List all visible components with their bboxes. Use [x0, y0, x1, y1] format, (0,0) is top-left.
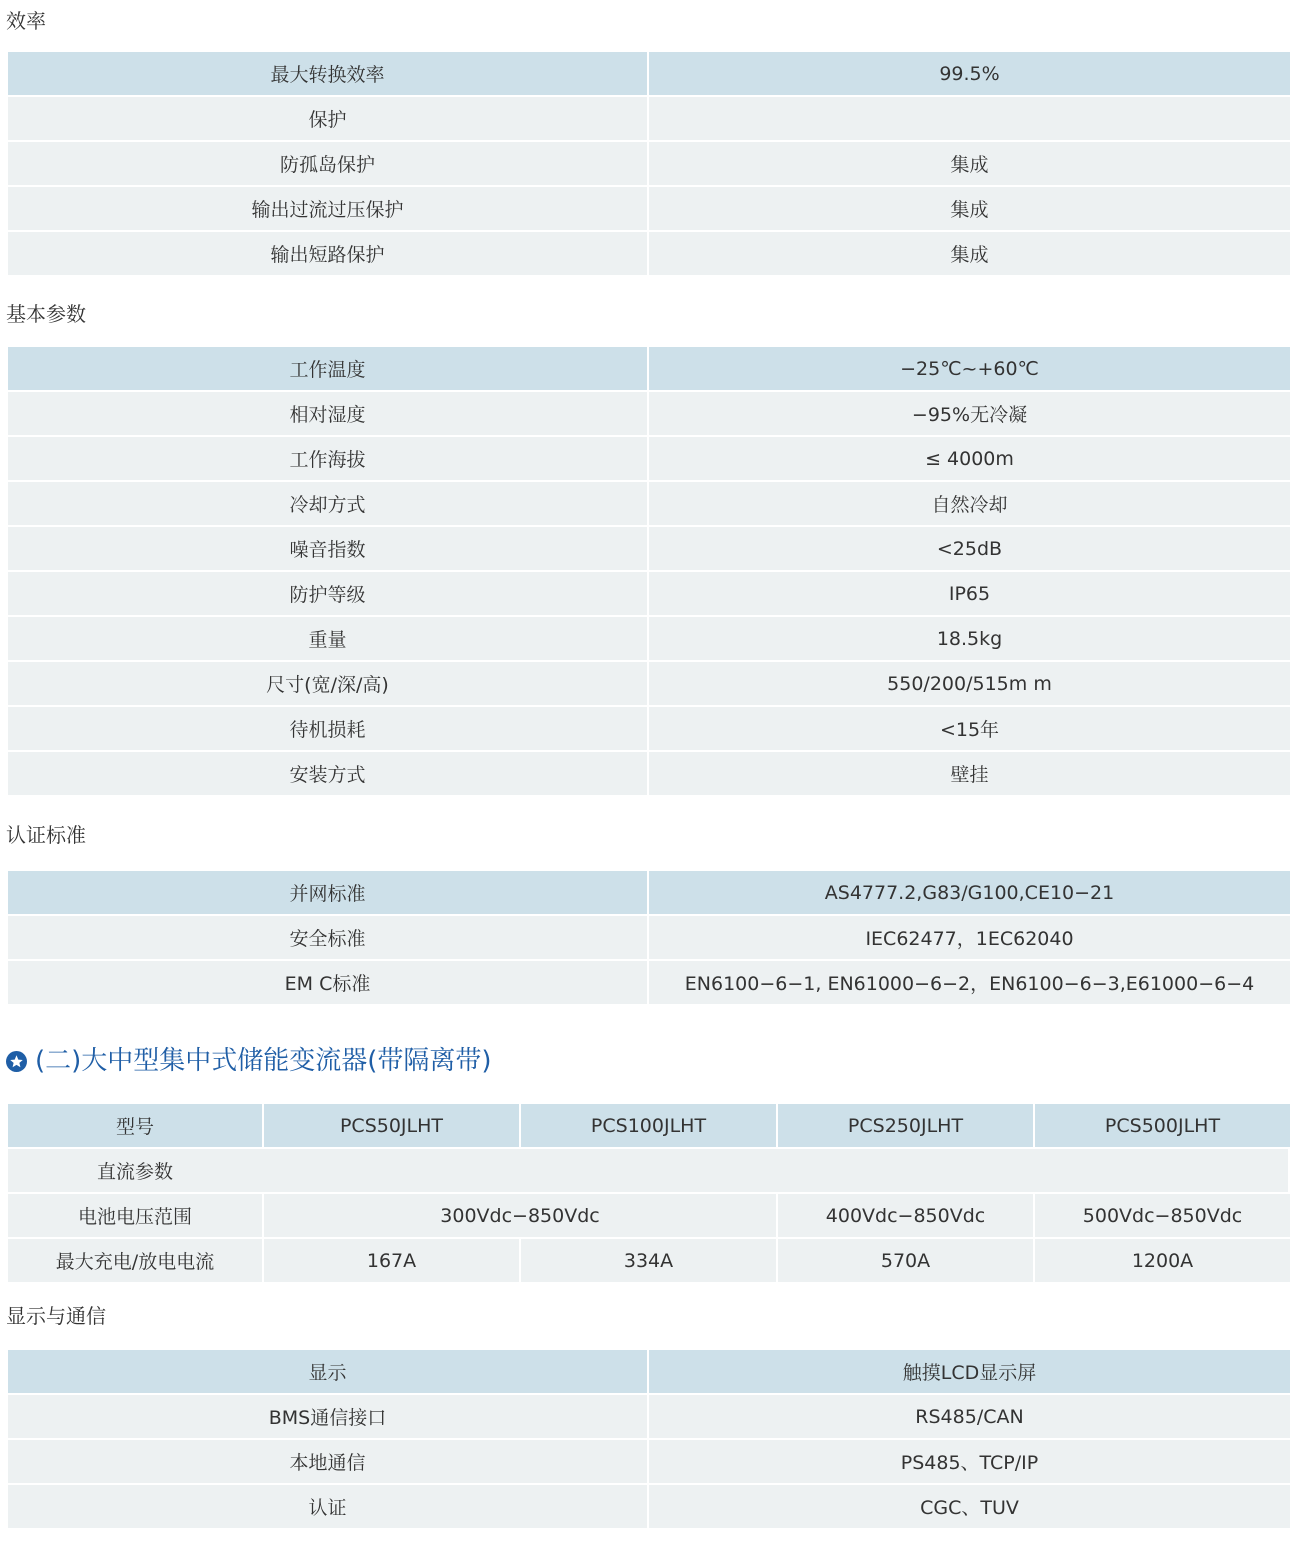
battery-voltage-pcs500: 500Vdc−850Vdc	[1035, 1194, 1290, 1237]
table-row: 最大转换效率 99.5%	[8, 52, 1290, 95]
row-label: 工作海拔	[8, 437, 647, 480]
table-row: 安全标准 IEC62477，1EC62040	[8, 916, 1290, 959]
row-value: 550/200/515m m	[649, 662, 1290, 705]
row-label: 重量	[8, 617, 647, 660]
row-value: CGC、TUV	[649, 1485, 1290, 1528]
battery-voltage-pcs50-100: 300Vdc−850Vdc	[264, 1194, 776, 1237]
row-label: 输出短路保护	[8, 232, 647, 275]
max-current-pcs50: 167A	[264, 1239, 519, 1282]
column-header-pcs500: PCS500JLHT	[1035, 1104, 1290, 1147]
row-value: 集成	[649, 187, 1290, 230]
product-section-heading-text: (二)大中型集中式储能变流器(带隔离带)	[35, 1043, 492, 1079]
table-row: 重量 18.5kg	[8, 617, 1290, 660]
table-row: 输出短路保护 集成	[8, 232, 1290, 275]
dc-params-spacer	[262, 1149, 1288, 1192]
column-header-model: 型号	[8, 1104, 262, 1147]
table-row: EM C标准 EN6100−6−1, EN61000−6−2，EN6100−6−…	[8, 961, 1290, 1004]
row-label: 尺寸(宽/深/高)	[8, 662, 647, 705]
basic-params-table: 工作温度 −25℃~+60℃ 相对湿度 −95%无冷凝 工作海拔 ≤ 4000m…	[8, 347, 1290, 795]
row-value: 壁挂	[649, 752, 1290, 795]
row-label: 安装方式	[8, 752, 647, 795]
row-value: <15年	[649, 707, 1290, 750]
certification-table: 并网标准 AS4777.2,G83/G100,CE10−21 安全标准 IEC6…	[8, 871, 1290, 1004]
table-row: 工作海拔 ≤ 4000m	[8, 437, 1290, 480]
row-label: 防孤岛保护	[8, 142, 647, 185]
table-row-max-current: 最大充电/放电电流 167A 334A 570A 1200A	[8, 1239, 1290, 1282]
column-header-pcs100: PCS100JLHT	[521, 1104, 776, 1147]
row-label: 认证	[8, 1485, 647, 1528]
display-comm-table: 显示 触摸LCD显示屏 BMS通信接口 RS485/CAN 本地通信 PS485…	[8, 1350, 1290, 1528]
row-label: 直流参数	[8, 1149, 262, 1192]
row-label: 冷却方式	[8, 482, 647, 525]
row-value: PS485、TCP/IP	[649, 1440, 1290, 1483]
row-label: 本地通信	[8, 1440, 647, 1483]
column-header-pcs250: PCS250JLHT	[778, 1104, 1033, 1147]
table-row: 待机损耗 <15年	[8, 707, 1290, 750]
row-value: −25℃~+60℃	[649, 347, 1290, 390]
column-header-pcs50: PCS50JLHT	[264, 1104, 519, 1147]
table-row: BMS通信接口 RS485/CAN	[8, 1395, 1290, 1438]
table-row: 防孤岛保护 集成	[8, 142, 1290, 185]
row-value: IEC62477，1EC62040	[649, 916, 1290, 959]
row-value: <25dB	[649, 527, 1290, 570]
row-label: 安全标准	[8, 916, 647, 959]
row-label: 最大充电/放电电流	[8, 1239, 262, 1282]
row-label: 待机损耗	[8, 707, 647, 750]
table-row: 噪音指数 <25dB	[8, 527, 1290, 570]
row-value	[649, 97, 1290, 140]
star-circle-icon	[6, 1051, 27, 1072]
row-label: 保护	[8, 97, 647, 140]
row-label: 工作温度	[8, 347, 647, 390]
table-row: 显示 触摸LCD显示屏	[8, 1350, 1290, 1393]
table-row: 保护	[8, 97, 1290, 140]
table-row: 尺寸(宽/深/高) 550/200/515m m	[8, 662, 1290, 705]
efficiency-table: 最大转换效率 99.5% 保护 防孤岛保护 集成 输出过流过压保护 集成 输出短…	[8, 52, 1290, 275]
row-label: 相对湿度	[8, 392, 647, 435]
row-label: 最大转换效率	[8, 52, 647, 95]
product-section-heading: (二)大中型集中式储能变流器(带隔离带)	[6, 1043, 492, 1079]
row-label: 防护等级	[8, 572, 647, 615]
row-value: 集成	[649, 232, 1290, 275]
table-row: 输出过流过压保护 集成	[8, 187, 1290, 230]
table-row-dc-params: 直流参数	[8, 1149, 1290, 1192]
row-value: −95%无冷凝	[649, 392, 1290, 435]
table-row: 安装方式 壁挂	[8, 752, 1290, 795]
row-value: IP65	[649, 572, 1290, 615]
table-row: 并网标准 AS4777.2,G83/G100,CE10−21	[8, 871, 1290, 914]
row-value: 18.5kg	[649, 617, 1290, 660]
row-label: 噪音指数	[8, 527, 647, 570]
section-title-display-comm: 显示与通信	[6, 1304, 106, 1328]
row-value: 99.5%	[649, 52, 1290, 95]
table-row-battery-voltage: 电池电压范围 300Vdc−850Vdc 400Vdc−850Vdc 500Vd…	[8, 1194, 1290, 1237]
table-row: 本地通信 PS485、TCP/IP	[8, 1440, 1290, 1483]
table-row: 工作温度 −25℃~+60℃	[8, 347, 1290, 390]
max-current-pcs250: 570A	[778, 1239, 1033, 1282]
row-value: EN6100−6−1, EN61000−6−2，EN6100−6−3,E6100…	[649, 961, 1290, 1004]
section-title-certification: 认证标准	[6, 823, 86, 847]
max-current-pcs500: 1200A	[1035, 1239, 1290, 1282]
table-row: 相对湿度 −95%无冷凝	[8, 392, 1290, 435]
battery-voltage-pcs250: 400Vdc−850Vdc	[778, 1194, 1033, 1237]
model-comparison-table: 型号 PCS50JLHT PCS100JLHT PCS250JLHT PCS50…	[8, 1104, 1290, 1282]
table-row: 冷却方式 自然冷却	[8, 482, 1290, 525]
row-label: 并网标准	[8, 871, 647, 914]
row-value: ≤ 4000m	[649, 437, 1290, 480]
row-label: 输出过流过压保护	[8, 187, 647, 230]
max-current-pcs100: 334A	[521, 1239, 776, 1282]
row-value: 集成	[649, 142, 1290, 185]
table-row: 防护等级 IP65	[8, 572, 1290, 615]
row-value: 触摸LCD显示屏	[649, 1350, 1290, 1393]
row-label: EM C标准	[8, 961, 647, 1004]
section-title-efficiency: 效率	[6, 9, 46, 33]
row-label: 显示	[8, 1350, 647, 1393]
row-value: RS485/CAN	[649, 1395, 1290, 1438]
table-header-row: 型号 PCS50JLHT PCS100JLHT PCS250JLHT PCS50…	[8, 1104, 1290, 1147]
row-label: BMS通信接口	[8, 1395, 647, 1438]
row-value: AS4777.2,G83/G100,CE10−21	[649, 871, 1290, 914]
row-label: 电池电压范围	[8, 1194, 262, 1237]
table-row: 认证 CGC、TUV	[8, 1485, 1290, 1528]
section-title-basic: 基本参数	[6, 302, 86, 326]
row-value: 自然冷却	[649, 482, 1290, 525]
